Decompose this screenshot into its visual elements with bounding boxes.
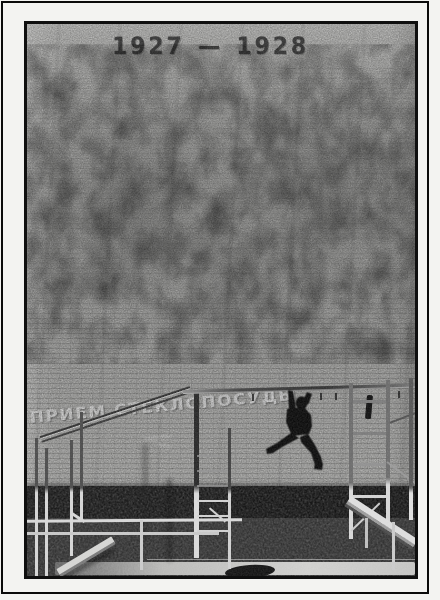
- photo-mount: 1927 — 1928 ПРИЕМ СТЕКЛОПОСУДЫ: [0, 0, 440, 600]
- overlay-grain: [27, 24, 415, 576]
- photograph: 1927 — 1928 ПРИЕМ СТЕКЛОПОСУДЫ: [24, 21, 418, 579]
